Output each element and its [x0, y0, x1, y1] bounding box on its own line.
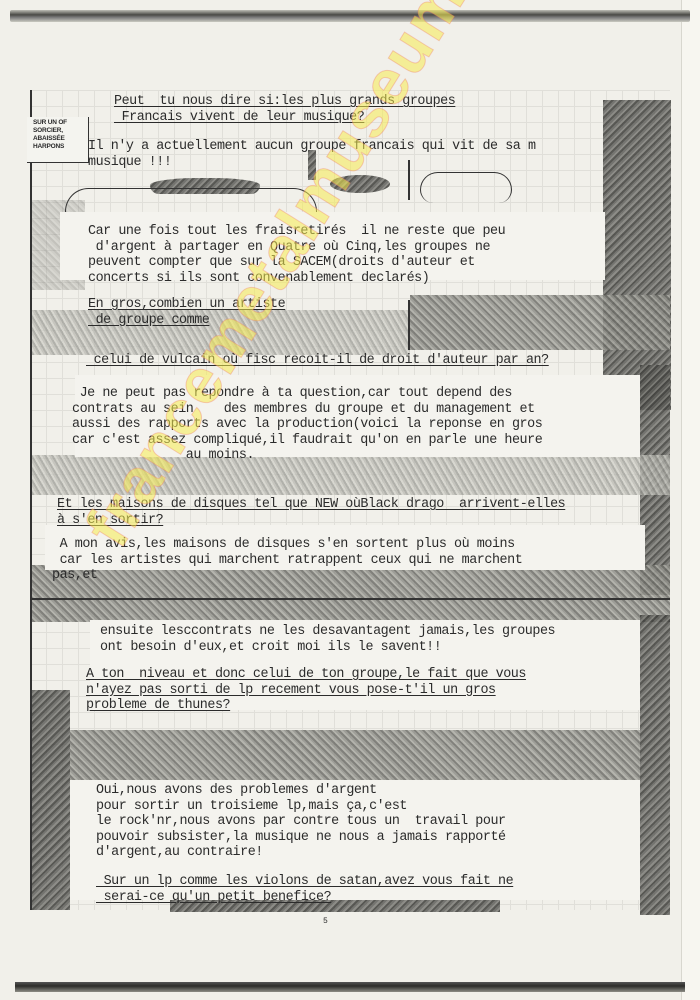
- answer-4: A mon avis,les maisons de disques s'en s…: [52, 537, 522, 584]
- caption-text: SUR UN OF SORCIER, ABAISSÉE HARPONS: [33, 119, 67, 150]
- illustration-rock: [330, 175, 390, 193]
- illustration-figure: [410, 295, 670, 350]
- page-number: 5: [322, 917, 329, 926]
- panel-border: [408, 300, 410, 350]
- panel-border: [30, 90, 32, 910]
- page-edge: [681, 0, 700, 1000]
- question-1: Peut tu nous dire si:les plus grands gro…: [114, 94, 455, 125]
- panel-border: [30, 598, 670, 600]
- question-3: Et les maisons de disques tel que NEW où…: [57, 497, 565, 528]
- bottom-scan-bar: [15, 982, 685, 992]
- illustration-strip: [30, 600, 670, 622]
- illustration-tree: [603, 100, 671, 410]
- speech-bubble: [420, 172, 512, 203]
- answer-2: Car une fois tout les fraisretirés il ne…: [88, 224, 505, 286]
- question-2-cont: celui de vulcain où fisc recoit-il de dr…: [86, 353, 549, 369]
- answer-5: ensuite lesccontrats ne les desavantagen…: [100, 624, 555, 655]
- comic-caption-box: SUR UN OF SORCIER, ABAISSÉE HARPONS: [27, 117, 89, 163]
- answer-6: Oui,nous avons des problemes d'argent po…: [96, 783, 506, 861]
- answer-1: Il n'y a actuellement aucun groupe franc…: [88, 139, 536, 170]
- question-2: En gros,combien un artiste de groupe com…: [88, 297, 285, 328]
- illustration-scene: [70, 730, 640, 780]
- question-4: A ton niveau et donc celui de ton groupe…: [86, 667, 526, 714]
- fanzine-page: SUR UN OF SORCIER, ABAISSÉE HARPONS Peut…: [0, 0, 700, 1000]
- illustration-edge-dark: [30, 690, 70, 910]
- question-5: Sur un lp comme les violons de satan,ave…: [96, 874, 513, 905]
- illustration-edge-dark: [640, 615, 670, 915]
- answer-3: Je ne peut pas repondre à ta question,ca…: [72, 386, 542, 464]
- top-scan-bar: [10, 10, 690, 22]
